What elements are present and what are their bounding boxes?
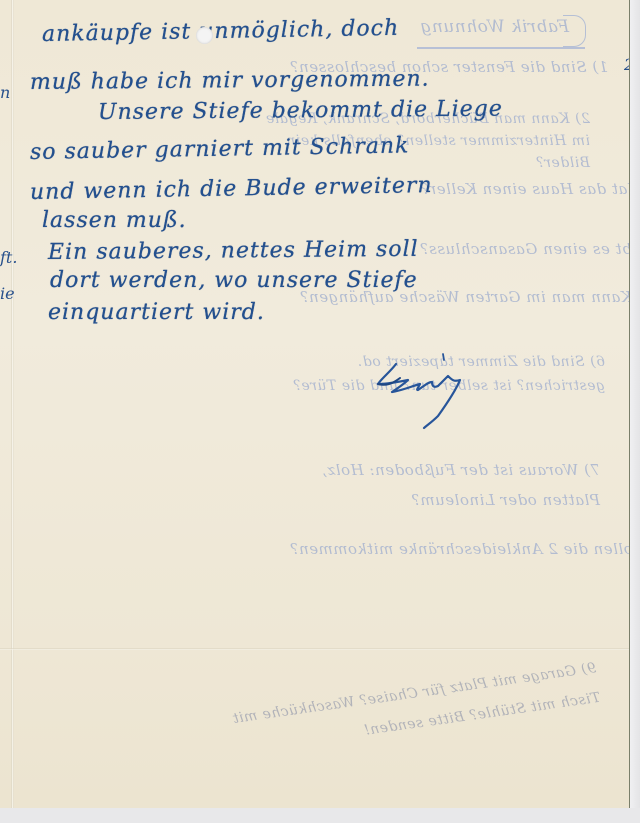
letter-line-3: Unsere Stiefe bekommt die Liege: [98, 96, 503, 125]
letter-line-6: lassen muß.: [42, 208, 187, 233]
margin-fragment-left-1: n: [0, 83, 10, 102]
vertical-fold-crease: [11, 0, 14, 808]
margin-fragment-left-3: ie: [0, 284, 15, 303]
letter-page: Fabrik Wohnung 1) Sind die Fenster schon…: [0, 0, 630, 808]
show-through-header: Fabrik Wohnung: [420, 17, 569, 37]
show-through-item-3: 3) Hat das Haus einen Keller?: [420, 180, 630, 198]
margin-fragment-left-2: ft.: [0, 248, 17, 267]
hole-punch: [196, 27, 213, 44]
letter-line-5: und wenn ich die Bude erweitern: [30, 173, 433, 205]
letter-line-1: ankäupfe ist unmöglich, doch: [42, 16, 400, 47]
letter-line-2: muß habe ich mir vorgenommen.: [30, 67, 430, 95]
show-through-item-8: 8) Sollen die 2 Ankleideschränke mitkomm…: [290, 540, 630, 558]
scan-background-bottom: [0, 808, 640, 823]
horizontal-fold-crease: [0, 648, 630, 650]
signature: Franz: [368, 350, 498, 430]
show-through-header-underline: [417, 47, 585, 49]
signature-scrawl-icon: [368, 350, 498, 430]
scan-background-right: [630, 0, 640, 823]
show-through-item-4: 4) Gibt es einen Gasanschluss?: [420, 240, 630, 258]
letter-line-8: dort werden, wo unsere Stiefe: [50, 268, 418, 293]
show-through-item-9: 9) Garage mit Platz für Chaise? Waschküc…: [208, 653, 603, 767]
letter-line-9: einquartiert wird.: [48, 300, 265, 325]
show-through-item-7: 7) Woraus ist der Fußboden: Holz, Platte…: [300, 455, 600, 515]
page-right-edge: [629, 0, 630, 808]
letter-line-7: Ein sauberes, nettes Heim soll: [48, 237, 419, 265]
